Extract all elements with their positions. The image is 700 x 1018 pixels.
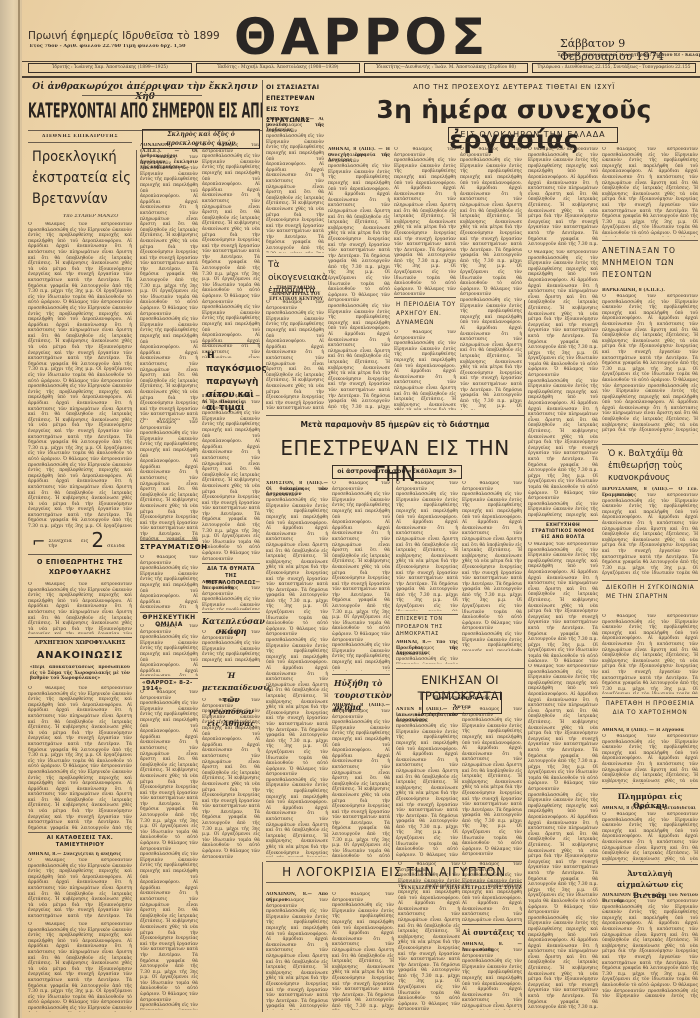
tour-headline: Η ΠΕΡΙΟΔΕΙΑ ΤΟΥ ΑΡΧΗΓΟΥ ΕΝ. ΔΥΝΑΜΕΩΝ [396, 301, 458, 328]
continued-note: ⌐ Συνέχεια εἰς τὴν 2 σελίδα [32, 530, 132, 550]
shipwreck-body: Ὁ θάλαμος τῶν ἀστροναυτῶν προσεθαλασσώθη… [202, 630, 260, 664]
oga-headline: Αἱ συντάξεις τοῦ Ο.Γ.Α. [462, 928, 524, 938]
presidents-headline: ΕΠΙΣΚΕΨΙΣ ΤΟΝ ΠΡΟΕΔΡΟΝ ΤΗΣ ΔΗΜΟΚΡΑΤΙΑΣ [396, 616, 460, 639]
issue-info: Ἔτος 76ον - Ἀριθ. φύλλου 22.760 Τιμή φύλ… [28, 44, 228, 50]
credits-bar: Ἱδρυτής : Ἰωάννης Χαρ. Ἀποστολάκης (1899… [28, 63, 696, 73]
thrace-body: Ὁ θάλαμος τῶν ἀστροναυτῶν προσεθαλασσώθη… [602, 812, 698, 862]
presidents-body: Ὁ θάλαμος τῶν ἀστροναυτῶν προσεθαλασσώθη… [396, 646, 458, 664]
newspaper-page: Πρωινή έφημερίς Ιδρυθεῖσα τὸ 1899 Ἔτος 7… [22, 0, 700, 1018]
injured-body: Ὁ θάλαμος τῶν ἀστροναυτῶν προσεθαλασσώθη… [140, 555, 198, 610]
gendarmerie-headline: ΑΝΑΚΟΙΝΩΣΙΣ [28, 650, 132, 661]
vietnam-body: Ὁ θάλαμος τῶν ἀστροναυτῶν προσεθαλασσώθη… [602, 899, 698, 999]
credit-phones: Τηλέφωνα : Διευθύνσεως 22.155, Συντάξεως… [532, 63, 696, 73]
credit-owner: Ἰδιοκτήτης—Διευθυντής : Ἰωάν. Μ. Ἀποστολ… [364, 63, 528, 73]
inspector-headline: Ο ΕΠΙΘΕΩΡΗΤΗΣ ΤΗΣ ΧΩΡΟΦΥΛΑΚΗΣ [28, 557, 132, 577]
soldiers-headline: ΕΧΗΓΥΧΗΘΗ ΣΤΡΑΤΙΩΤΙΚΟΣ ΝΟΜΟΣ ΕΙΣ ΑΝΩ ΒΟΛ… [528, 523, 598, 541]
stamps-body: Ὁ θάλαμος τῶν ἀστροναυτῶν προσεθαλασσώθη… [602, 734, 698, 784]
astronauts-headline: ΕΠΕΣΤΡΕΨΑΝ ΕΙΣ ΤΗΝ ΓΗΝ [266, 435, 524, 487]
workweek-body-col2: Ὁ θάλαμος τῶν ἀστροναυτῶν προσεθαλασσώθη… [394, 147, 456, 295]
gendarmerie-subhead: «Περὶ ἀποκαταστάσεως προσωπικοῦ εἰς τὸ Σ… [30, 665, 130, 682]
continued-label: Συνέχεια εἰς τὴν [48, 539, 88, 550]
oga-body: Ὁ θάλαμος τῶν ἀστροναυτῶν προσεθαλασσώθη… [462, 948, 522, 1010]
monument-headline: ΑΝΕΤΙΝΑΞΑΝ ΤΟ ΜΝΗΜΕΙΟΝ ΤΩΝ ΠΕΣΟΝΤΩΝ [602, 245, 698, 281]
workweek-headline: 3η ἡμέρα συνεχοῦς ἐργασίας [328, 95, 700, 155]
credit-publisher: Ἐκδότης : Μιχαήλ Χαραλ. Ἀποστολάκης (190… [196, 63, 360, 73]
terrorists-body-col2: Ὁ θάλαμος τῶν ἀστροναυτῶν προσεθαλασσώθη… [462, 707, 522, 857]
tourism-body: Ὁ θάλαμος τῶν ἀστροναυτῶν προσεθαλασσώθη… [332, 709, 390, 857]
britain-byline: Ὑπὸ ΣΥΛΒΕΡ ΜΑΝΖΟ [62, 214, 132, 220]
left-column-bottom-body: Ὁ θάλαμος τῶν ἀστροναυτῶν προσεθαλασσώθη… [28, 922, 132, 1012]
britain-body: Ὁ θάλαμος τῶν ἀστροναυτῶν προσεθαλασσώθη… [28, 222, 132, 528]
page-binding-edge [0, 0, 22, 1018]
coal-body-col1: Ὁ θάλαμος τῶν ἀστροναυτῶν προσεθαλασσώθη… [140, 155, 198, 420]
workweek-subhead: ΕΙΣ ΟΛΟΚΛΗΡΟΝ ΤΗΝ ΕΛΛΑΔΑ [448, 127, 618, 143]
stamps-dateline: ΑΘΗΝΑΙ, 8 (ΑΠΕ). — Ἡ λήγουσα [602, 728, 698, 734]
deposits-dateline: ΑΘΗΝΑΙ, 8.— Συνεχίζεται ἡ αὔξησις [28, 852, 132, 858]
astronauts-body-col4: Ὁ θάλαμος τῶν ἀστροναυτῶν προσεθαλασσώθη… [462, 481, 522, 651]
britain-section-label: ΔΙΕΘΝΗΣ ΕΠΙΚΑΙΡΟΤΗΣ [28, 134, 132, 140]
sparta-body: Ὁ θάλαμος τῶν ἀστροναυτῶν προσεθαλασσώθη… [602, 614, 698, 694]
address-line: Γραφεῖα, Τυπογραφεῖα, Πωλητήριο : Στρδίο… [558, 53, 700, 59]
inspector-body: Ὁ θάλαμος τῶν ἀστροναυτῶν προσεθαλασσώθη… [28, 582, 132, 634]
terrorists-body-col1: Ὁ θάλαμος τῶν ἀστροναυτῶν προσεθαλασσώθη… [396, 713, 458, 857]
col-oga-top-body: Ὁ θάλαμος τῶν ἀστροναυτῶν προσεθαλασσώθη… [462, 862, 522, 922]
col-right-lower-body: Ὁ θάλαμος τῶν ἀστροναυτῶν προσεθαλασσώθη… [528, 664, 598, 1010]
masthead-title: ΘΑΡΡΟΣ [234, 12, 489, 62]
continued-arrow-icon: ⌐ [32, 534, 45, 550]
workweek-body-col3: Ὁ θάλαμος τῶν ἀστροναυτῶν προσεθαλασσώθη… [460, 147, 522, 410]
censorship-body-col3: Ὁ θάλαμος τῶν ἀστροναυτῶν προσεθαλασσώθη… [398, 862, 460, 1010]
stamps-headline: ΠΑΡΕΤΑΘΗ Η ΠΡΟΘΕΣΜΙΑ ΔΙΑ ΤΟ ΧΑΡΤΟΣΗΜΟΝ [602, 700, 698, 718]
wheat-body: Ὁ θάλαμος τῶν ἀστροναυτῶν προσεθαλασσώθη… [202, 400, 260, 560]
soldiers-body: Ὁ θάλαμος τῶν ἀστροναυτῶν προσεθαλασσώθη… [528, 542, 598, 662]
training-body: Ὁ θάλαμος τῶν ἀστροναυτῶν προσεθαλασσώθη… [202, 698, 260, 858]
astronauts-body-col2: Ὁ θάλαμος τῶν ἀστροναυτῶν προσεθαλασσώθη… [332, 481, 390, 671]
astronauts-body-col1: Ὁ θάλαμος τῶν ἀστροναυτῶν προσεθαλασσώθη… [266, 487, 328, 857]
col2-mid-body: Ὁ θάλαμος τῶν ἀστροναυτῶν προσεθαλασσώθη… [140, 420, 198, 540]
astronauts-body-col3: Ὁ θάλαμος τῶν ἀστροναυτῶν προσεθαλασσώθη… [396, 481, 458, 611]
continued-suffix: σελίδα [107, 544, 125, 550]
tour-body: Ὁ θάλαμος τῶν ἀστροναυτῶν προσεθαλασσώθη… [394, 330, 456, 410]
masthead-tagline: Πρωινή έφημερίς Ιδρυθεῖσα τὸ 1899 [28, 30, 220, 42]
injured-headline: ΣΤΡΑΥΜΑΤΙΣΘΗ [140, 543, 198, 551]
astronauts-kicker: Μετὰ παραμονὴν 85 ἡμερῶν εἰς τὸ διάστημα [266, 420, 524, 429]
volunteer-body: Ὁ θάλαμος τῶν ἀστροναυτῶν προσεθαλασσώθη… [602, 493, 698, 575]
coal-headline-wrap: ΚΑΤΕΡΧΟΝΤΑΙ ΑΠΟ ΣΗΜΕΡΟΝ ΕΙΣ ΑΠΕΡΓΙΑΝ [28, 98, 262, 122]
gendarmerie-body: Ὁ θάλαμος τῶν ἀστροναυτῶν προσεθαλασσώθη… [28, 686, 132, 830]
tharros-box-body: Ὁ θάλαμος τῶν ἀστροναυτῶν προσεθαλασσώθη… [140, 690, 198, 1010]
coal-body-col2: Ὁ θάλαμος τῶν ἀστροναυτῶν προσεθαλασσώθη… [202, 143, 260, 358]
allowances-body: Ὁ θάλαμος τῶν ἀστροναυτῶν προσεθαλασσώθη… [266, 300, 324, 410]
censorship-body-col1: Ὁ θάλαμος τῶν ἀστροναυτῶν προσεθαλασσώθη… [266, 898, 328, 1010]
workweek-body-col1: Ὁ θάλαμος τῶν ἀστροναυτῶν προσεθαλασσώθη… [328, 153, 390, 410]
workweek-subhead-box: ΕΙΣ ΟΛΟΚΛΗΡΟΝ ΤΗΝ ΕΛΛΑΔΑ [448, 127, 618, 143]
astronauts-subhead-box: οἱ ἀστροναῦται τοῦ «Σκάϋλαμπ 3» [332, 465, 462, 479]
sparta-headline: ΔΙΕΚΟΠΗ Η ΣΥΓΚΟΙΝΩΝΙΑ ΜΕ ΤΗΝ ΣΠΑΡΤΗΝ [606, 584, 700, 602]
right-top-body: Ὁ θάλαμος τῶν ἀστροναυτῶν προσεθαλασσώθη… [602, 147, 698, 237]
thrace-dateline: ΑΘΗΝΑΙ, 8 (ΑΠΕ). — Ὡς μεταδίδεται [602, 806, 698, 812]
issue-date: Σάββατον 9 Φεβρουαρίου 1974 [560, 37, 700, 63]
deposits-headline: ΑΙ ΚΑΤΑΘΕΣΕΙΣ ΤΑΧ. ΤΑΜΙΕΥΤΗΡΙΟΥ [28, 835, 132, 849]
monument-body: Ὁ θάλαμος τῶν ἀστροναυτῶν προσεθαλασσώθη… [602, 294, 698, 434]
col-right-mid-body: Ὁ θάλαμος τῶν ἀστροναυτῶν προσεθαλασσώθη… [528, 250, 598, 518]
volunteer-headline: Ὁ κ. Βαλτχάϊμ θὰ ἐπιθεωρήσῃ τοὺς κυανοκρ… [608, 448, 698, 484]
workweek-kicker: ΑΠΟ ΤΗΣ ΠΡΟΣΕΧΟΥΣ ΔΕΥΤΕΡΑΣ ΤΙΘΕΤΑΙ ΕΝ ΙΣ… [328, 83, 700, 91]
credit-founder: Ἱδρυτής : Ἰωάννης Χαρ. Ἀποστολάκης (1899… [28, 63, 192, 73]
sermon-body: Ὁ θάλαμος τῶν ἀστροναυτῶν προσεθαλασσώθη… [140, 624, 198, 676]
megalopolis-body: Ὁ θάλαμος τῶν ἀστροναυτῶν προσεθαλασσώθη… [202, 586, 260, 610]
monument-dateline: ΒΑΡΚΕΛΩΝΗ, 8 (Α.Π.Ε.). [602, 288, 698, 294]
astronauts-subhead: οἱ ἀστροναῦται τοῦ «Σκάϋλαμπ 3» [332, 465, 462, 479]
coal-headline: ΚΑΤΕΡΧΟΝΤΑΙ ΑΠΟ ΣΗΜΕΡΟΝ ΕΙΣ ΑΠΕΡΓΙΑΝ [28, 98, 173, 122]
continued-page: 2 [91, 530, 104, 550]
rebels-body: Ὁ θάλαμος τῶν ἀστροναυτῶν προσεθαλασσώθη… [266, 123, 324, 253]
workweek-body-col4: Ὁ θάλαμος τῶν ἀστροναυτῶν προσεθαλασσώθη… [528, 147, 598, 247]
deposits-body: Ὁ θάλαμος τῶν ἀστροναυτῶν προσεθαλασσώθη… [28, 858, 132, 918]
censorship-body-col2: Ὁ θάλαμος τῶν ἀστροναυτῶν προσεθαλασσώθη… [332, 892, 394, 1010]
britain-headline: Προεκλογική ἐκστρατεία εἰς Βρεταννίαν [32, 147, 132, 210]
gendarmerie-kicker: ΑΡΧΗΓΕΙΟΝ ΧΩΡΟΦΥΛΑΚΗΣ [28, 640, 132, 646]
